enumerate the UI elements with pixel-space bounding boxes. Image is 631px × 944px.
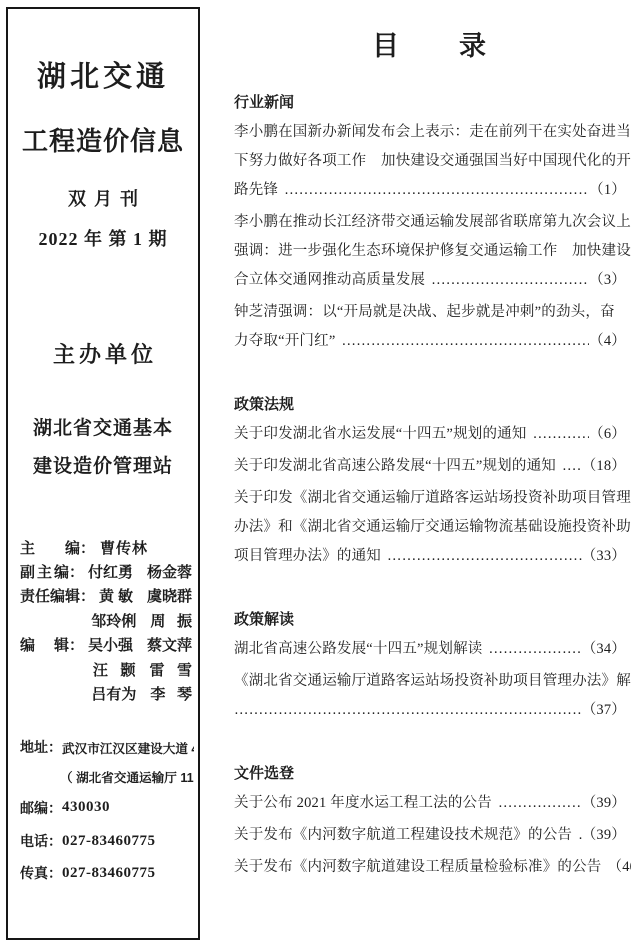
toc-line: 下努力做好各项工作 加快建设交通强国当好中国现代化的开 — [234, 147, 626, 176]
toc-dot-leader — [234, 696, 582, 725]
toc-line-end: 关于印发湖北省水运发展“十四五”规划的通知（6） — [234, 420, 626, 449]
postcode-value: 430030 — [62, 799, 110, 816]
address-value: 武汉市江汉区建设大道 428 号 — [62, 738, 194, 757]
staff-colon: ： — [69, 634, 84, 655]
toc-dot-leader — [562, 452, 582, 481]
fax-value: 027-83460775 — [62, 865, 156, 882]
toc-page-number: （40） — [608, 853, 631, 882]
toc-item: 李小鹏在国新办新闻发布会上表示：走在前列干在实处奋进当下努力做好各项工作 加快建… — [234, 118, 626, 205]
staff-colon: ： — [69, 561, 84, 582]
journal-title-line1: 湖北交通 — [8, 59, 198, 95]
toc-entry-text: 力夺取“开门红” — [234, 327, 335, 356]
toc-line-end: 关于印发湖北省高速公路发展“十四五”规划的通知（18） — [234, 452, 626, 481]
contact-fax-row: 传真： 027-83460775 — [20, 858, 194, 888]
toc-line: 《湖北省交通运输厅道路客运站场投资补助项目管理办法》解读 — [234, 667, 626, 696]
staff-name: 周振 — [150, 610, 192, 631]
staff-rows: 主编：曹传林副主编：付红勇杨金蓉责任编辑：黄敏虞晓群邹玲俐周振编辑：吴小强蔡文萍… — [20, 535, 192, 706]
contact-postcode-row: 邮编： 430030 — [20, 791, 194, 824]
staff-role-label: 编辑 — [20, 634, 69, 655]
toc-item: 李小鹏在推动长江经济带交通运输发展部省联席第九次会议上强调：进一步强化生态环境保… — [234, 208, 626, 295]
toc-line-end: 关于发布《内河数字航道建设工程质量检验标准》的公告（40） — [234, 853, 626, 882]
toc-line-end: 关于发布《内河数字航道工程建设技术规范》的公告（39） — [234, 821, 626, 850]
staff-name: 邹玲俐 — [91, 610, 136, 631]
journal-toc-page: 湖北交通 工程造价信息 双月刊 2022 年 第 1 期 主办单位 湖北省交通基… — [0, 0, 631, 944]
phone-label: 电话： — [20, 831, 62, 851]
toc-entry-text: 项目管理办法》的通知 — [234, 542, 381, 571]
staff-name: 黄敏 — [99, 585, 133, 606]
toc-line: 关于印发《湖北省交通运输厅道路客运站场投资补助项目管理 — [234, 484, 626, 513]
toc-dot-leader — [341, 327, 589, 356]
toc-section: 政策解读湖北省高速公路发展“十四五”规划解读（34）《湖北省交通运输厅道路客运站… — [234, 608, 626, 725]
toc-section: 行业新闻李小鹏在国新办新闻发布会上表示：走在前列干在实处奋进当下努力做好各项工作… — [234, 91, 626, 356]
toc-dot-leader — [498, 789, 582, 818]
toc-section-header: 文件选登 — [234, 762, 626, 786]
contact-block: 地址： 武汉市江汉区建设大道 428 号 （ 湖北省交通运输厅 11 楼 ） 邮… — [20, 733, 194, 888]
phone-value: 027-83460775 — [62, 833, 156, 850]
toc-page-number: （39） — [582, 821, 626, 850]
toc-title: 目 录 — [234, 28, 626, 64]
contact-phone-row: 电话： 027-83460775 — [20, 824, 194, 858]
organizer-name-line1: 湖北省交通基本 — [8, 413, 198, 445]
staff-name: 李琴 — [150, 683, 192, 704]
toc-entry-text: 关于发布《内河数字航道工程建设技术规范》的公告 — [234, 821, 572, 850]
toc-page-number: （6） — [589, 420, 626, 449]
toc-section: 政策法规关于印发湖北省水运发展“十四五”规划的通知（6）关于印发湖北省高速公路发… — [234, 393, 626, 571]
staff-role-label: 责任编辑 — [20, 585, 80, 606]
toc-line-end: 合立体交通网推动高质量发展（3） — [234, 266, 626, 295]
toc-entry-text: 关于发布《内河数字航道建设工程质量检验标准》的公告 — [234, 853, 602, 882]
toc-section: 文件选登关于公布 2021 年度水运工程工法的公告（39）关于发布《内河数字航道… — [234, 762, 626, 882]
toc-entry-text: 关于公布 2021 年度水运工程工法的公告 — [234, 789, 492, 818]
staff-row: 副主编：付红勇杨金蓉 — [20, 559, 192, 583]
toc-item: 关于印发湖北省高速公路发展“十四五”规划的通知（18） — [234, 452, 626, 481]
toc-page-number: （39） — [582, 789, 626, 818]
toc-line: 李小鹏在国新办新闻发布会上表示：走在前列干在实处奋进当 — [234, 118, 626, 147]
toc-item: 《湖北省交通运输厅道路客运站场投资补助项目管理办法》解读（37） — [234, 667, 626, 725]
toc-page-number: （3） — [589, 266, 626, 295]
toc-page-number: （18） — [582, 452, 626, 481]
staff-name: 付红勇 — [88, 561, 133, 582]
staff-role-label: 副主编 — [20, 561, 69, 582]
staff-name: 蔡文萍 — [147, 634, 192, 655]
staff-row: 编辑：吴小强蔡文萍 — [20, 633, 192, 657]
toc-line: 办法》和《湖北省交通运输厅交通运输物流基础设施投资补助 — [234, 513, 626, 542]
fax-label: 传真： — [20, 863, 62, 883]
toc-item: 关于印发湖北省水运发展“十四五”规划的通知（6） — [234, 420, 626, 449]
toc-column: 目 录 行业新闻李小鹏在国新办新闻发布会上表示：走在前列干在实处奋进当下努力做好… — [234, 0, 626, 944]
toc-dot-leader — [431, 266, 589, 295]
staff-row: 邹玲俐周振 — [20, 608, 192, 632]
toc-section-header: 政策解读 — [234, 608, 626, 632]
toc-item: 关于公布 2021 年度水运工程工法的公告（39） — [234, 789, 626, 818]
toc-page-number: （1） — [589, 176, 626, 205]
staff-name: 雷雪 — [149, 659, 192, 680]
toc-entry-text: 关于印发湖北省水运发展“十四五”规划的通知 — [234, 420, 527, 449]
organizer-name-line2: 建设造价管理站 — [8, 451, 198, 483]
toc-entry-text: 关于印发湖北省高速公路发展“十四五”规划的通知 — [234, 452, 556, 481]
toc-line: 强调：进一步强化生态环境保护修复交通运输工作 加快建设综 — [234, 237, 626, 266]
toc-section-header: 政策法规 — [234, 393, 626, 417]
staff-name: 吕有为 — [91, 683, 136, 704]
organizer-label: 主办单位 — [8, 337, 198, 373]
toc-item: 关于发布《内河数字航道工程建设技术规范》的公告（39） — [234, 821, 626, 850]
toc-sections: 行业新闻李小鹏在国新办新闻发布会上表示：走在前列干在实处奋进当下努力做好各项工作… — [234, 91, 626, 882]
toc-dot-leader — [284, 176, 589, 205]
contact-address-row: 地址： 武汉市江汉区建设大道 428 号 — [20, 733, 194, 761]
toc-item: 湖北省高速公路发展“十四五”规划解读（34） — [234, 635, 626, 664]
toc-line-end: 项目管理办法》的通知（33） — [234, 542, 626, 571]
issue-number: 2022 年 第 1 期 — [8, 221, 198, 257]
cover-panel: 湖北交通 工程造价信息 双月刊 2022 年 第 1 期 主办单位 湖北省交通基… — [6, 7, 200, 940]
staff-row: 责任编辑：黄敏虞晓群 — [20, 584, 192, 608]
toc-line-end: 路先锋（1） — [234, 176, 626, 205]
toc-line: 钟芝清强调：以“开局就是决战、起步就是冲刺”的劲头，奋 — [234, 298, 626, 327]
toc-line-end: 力夺取“开门红”（4） — [234, 327, 626, 356]
staff-colon: ： — [80, 537, 96, 558]
toc-section-header: 行业新闻 — [234, 91, 626, 115]
staff-role-label: 主编 — [20, 537, 80, 558]
toc-line-end: 湖北省高速公路发展“十四五”规划解读（34） — [234, 635, 626, 664]
staff-name: 吴小强 — [88, 634, 133, 655]
staff-colon: ： — [80, 585, 95, 606]
staff-row: 吕有为李琴 — [20, 681, 192, 705]
toc-page-number: （34） — [582, 635, 626, 664]
toc-page-number: （33） — [582, 542, 626, 571]
staff-name: 杨金蓉 — [147, 561, 192, 582]
toc-dot-leader — [488, 635, 581, 664]
toc-entry-text: 合立体交通网推动高质量发展 — [234, 266, 425, 295]
contact-address-row2: （ 湖北省交通运输厅 11 楼 ） — [20, 761, 194, 791]
toc-item: 关于发布《内河数字航道建设工程质量检验标准》的公告（40） — [234, 853, 626, 882]
publication-frequency: 双月刊 — [8, 181, 198, 217]
toc-entry-text: 路先锋 — [234, 176, 278, 205]
staff-name: 汪颢 — [93, 659, 136, 680]
toc-line-end: （37） — [234, 696, 626, 725]
postcode-label: 邮编： — [20, 798, 62, 818]
staff-name: 虞晓群 — [147, 585, 192, 606]
toc-line: 李小鹏在推动长江经济带交通运输发展部省联席第九次会议上 — [234, 208, 626, 237]
staff-name: 曹传林 — [100, 537, 147, 558]
toc-page-number: （37） — [582, 696, 626, 725]
toc-entry-text: 湖北省高速公路发展“十四五”规划解读 — [234, 635, 482, 664]
toc-page-number: （4） — [589, 327, 626, 356]
toc-dot-leader — [533, 420, 590, 449]
toc-item: 关于印发《湖北省交通运输厅道路客运站场投资补助项目管理办法》和《湖北省交通运输厅… — [234, 484, 626, 571]
toc-line-end: 关于公布 2021 年度水运工程工法的公告（39） — [234, 789, 626, 818]
staff-row: 汪颢雷雪 — [20, 657, 192, 681]
address-label: 地址： — [20, 737, 62, 757]
toc-dot-leader — [387, 542, 582, 571]
address-value-line2: （ 湖北省交通运输厅 11 楼 ） — [60, 767, 194, 786]
toc-item: 钟芝清强调：以“开局就是决战、起步就是冲刺”的劲头，奋力夺取“开门红”（4） — [234, 298, 626, 356]
staff-row: 主编：曹传林 — [20, 535, 192, 559]
journal-title-line2: 工程造价信息 — [8, 124, 198, 160]
